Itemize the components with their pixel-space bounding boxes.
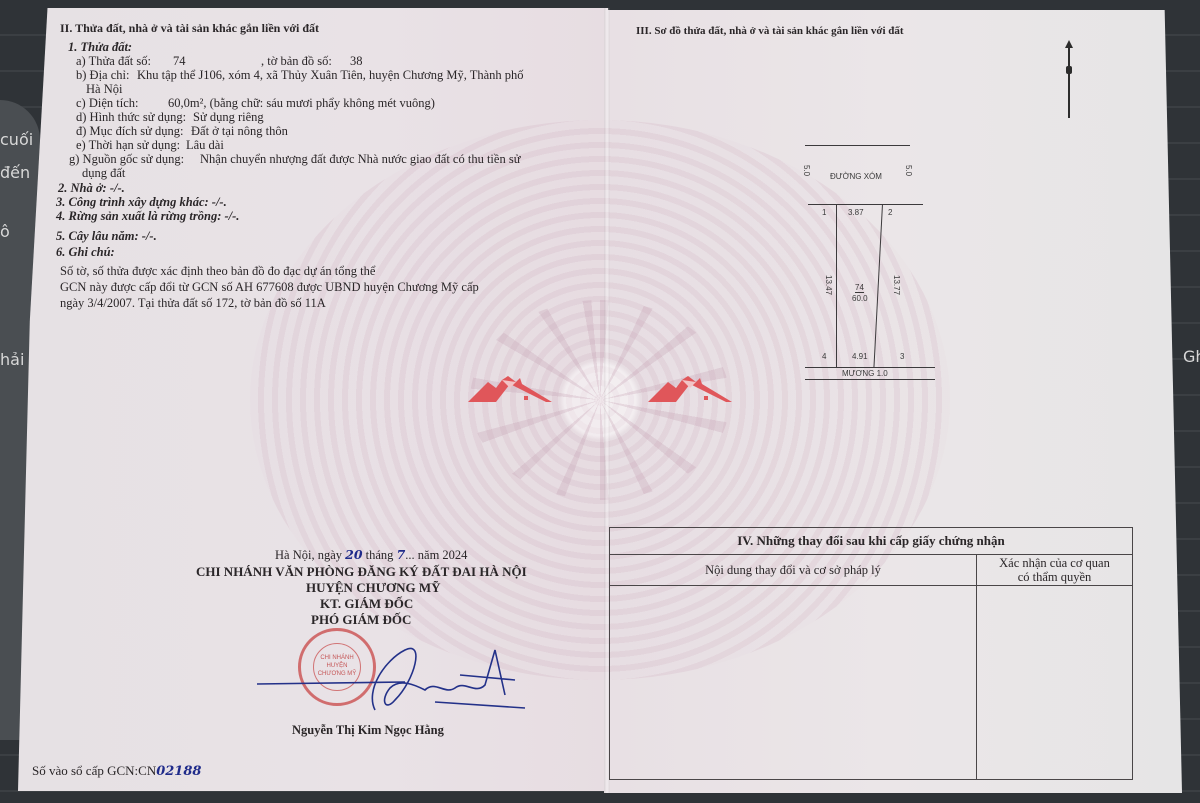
purpose-label: đ) Mục đích sử dụng: xyxy=(76,124,183,138)
parcel-number: 74 xyxy=(173,54,186,68)
origin-line1: Nhận chuyển nhượng đất được Nhà nước gia… xyxy=(200,152,520,166)
issue-year: năm 2024 xyxy=(418,548,468,562)
ditch-label: MƯƠNG 1.0 xyxy=(842,369,888,378)
background-text: hải xyxy=(0,350,24,369)
issuing-org-line1: CHI NHÁNH VĂN PHÒNG ĐĂNG KÝ ĐẤT ĐAI HÀ N… xyxy=(196,565,527,579)
issue-day: 20 xyxy=(345,547,362,562)
col2-line2: có thẩm quyền xyxy=(977,570,1132,584)
map-sheet-label: , tờ bản đồ số: xyxy=(261,54,332,68)
note-line: Số tờ, số thửa được xác định theo bản đồ… xyxy=(60,264,375,278)
origin-line2: dụng đất xyxy=(82,166,125,180)
signer-title-line1: KT. GIÁM ĐỐC xyxy=(320,597,413,611)
parcel-heading: 1. Thửa đất: xyxy=(68,40,132,54)
corner-1: 1 xyxy=(822,208,826,217)
note-line: ngày 3/4/2007. Tại thửa đất số 172, tờ b… xyxy=(60,296,326,310)
origin-label: g) Nguồn gốc sử dụng: xyxy=(69,152,184,166)
background-text: cuối xyxy=(0,130,33,149)
column-header-change-content: Nội dung thay đổi và cơ sở pháp lý xyxy=(610,555,977,586)
road-width-right: 5.0 xyxy=(904,165,913,176)
parcel-number-label: 74 xyxy=(855,283,864,293)
section-title-iii: III. Sơ đồ thửa đất, nhà ở và tài sản kh… xyxy=(636,24,904,38)
change-content-cell xyxy=(610,586,977,780)
house-roof-logo-icon xyxy=(646,374,734,404)
address-label: b) Địa chỉ: xyxy=(76,68,129,82)
address-line1: Khu tập thể J106, xóm 4, xã Thủy Xuân Ti… xyxy=(137,68,524,82)
parcel-plot-diagram: 5.0 ĐƯỜNG XÓM 5.0 1 3.87 2 13.47 74 60.0… xyxy=(800,135,940,380)
issue-month: 7 xyxy=(397,547,406,562)
edge-top-length: 3.87 xyxy=(848,208,864,217)
edge-bottom-length: 4.91 xyxy=(852,352,868,361)
edge-right-length: 13.77 xyxy=(892,275,901,295)
north-arrow-icon xyxy=(1064,40,1074,118)
usage-form-value: Sử dụng riêng xyxy=(193,110,264,124)
col2-line1: Xác nhận của cơ quan xyxy=(977,556,1132,570)
changes-table: IV. Những thay đổi sau khi cấp giấy chứn… xyxy=(609,527,1133,780)
section-title-ii: II. Thửa đất, nhà ở và tài sản khác gắn … xyxy=(60,21,319,35)
background-text: Gh xyxy=(1183,347,1200,366)
issuing-org-line2: HUYỆN CHƯƠNG MỸ xyxy=(306,581,441,595)
changes-table-title: IV. Những thay đổi sau khi cấp giấy chứn… xyxy=(610,528,1133,555)
place-date-prefix: Hà Nội, ngày xyxy=(275,548,342,562)
corner-4: 4 xyxy=(822,352,826,361)
area-value: 60,0m², (bằng chữ: sáu mươi phẩy không m… xyxy=(168,96,435,110)
note-line: GCN này được cấp đổi từ GCN số AH 677608… xyxy=(60,280,479,294)
registry-handwritten-number: 02188 xyxy=(156,764,201,779)
map-sheet-number: 38 xyxy=(350,54,363,68)
house-info: 2. Nhà ở: -/-. xyxy=(58,181,125,195)
forest-info: 4. Rừng sản xuất là rừng trồng: -/-. xyxy=(56,209,239,223)
signer-name: Nguyễn Thị Kim Ngọc Hằng xyxy=(292,723,444,737)
road-label: ĐƯỜNG XÓM xyxy=(830,172,882,181)
address-line2: Hà Nội xyxy=(86,82,122,96)
edge-left-length: 13.47 xyxy=(824,275,833,295)
place-date: Hà Nội, ngày 20 tháng 7... năm 2024 xyxy=(275,548,467,562)
term-label: e) Thời hạn sử dụng: xyxy=(76,138,180,152)
notes-heading: 6. Ghi chú: xyxy=(56,245,115,259)
purpose-value: Đất ở tại nông thôn xyxy=(191,124,288,138)
house-roof-logo-icon xyxy=(466,374,554,404)
parcel-number-label: a) Thửa đất số: xyxy=(76,54,151,68)
signer-title-line2: PHÓ GIÁM ĐỐC xyxy=(311,613,411,627)
term-value: Lâu dài xyxy=(186,138,224,152)
column-header-authority-confirmation: Xác nhận của cơ quan có thẩm quyền xyxy=(977,555,1133,586)
registry-label: Số vào sổ cấp GCN:CN xyxy=(32,763,156,778)
authority-confirmation-cell xyxy=(977,586,1133,780)
road-width-left: 5.0 xyxy=(802,165,811,176)
corner-3: 3 xyxy=(900,352,904,361)
month-label: tháng xyxy=(366,548,394,562)
corner-2: 2 xyxy=(888,208,892,217)
area-label: c) Diện tích: xyxy=(76,96,138,110)
other-construction-info: 3. Công trình xây dựng khác: -/-. xyxy=(56,195,227,209)
parcel-area-label: 60.0 xyxy=(852,294,868,303)
registry-number: Số vào sổ cấp GCN:CN02188 xyxy=(32,764,201,779)
perennial-info: 5. Cây lâu năm: -/-. xyxy=(56,229,157,243)
background-text: đến xyxy=(0,163,30,182)
usage-form-label: d) Hình thức sử dụng: xyxy=(76,110,186,124)
handwritten-signature xyxy=(255,640,535,720)
background-text: ô xyxy=(0,222,10,241)
